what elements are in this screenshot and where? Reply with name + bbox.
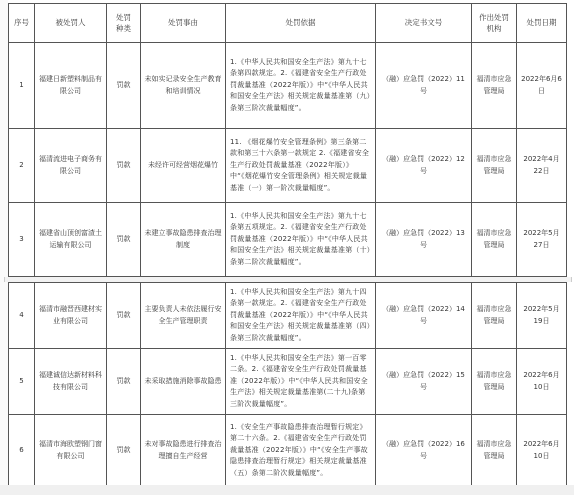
cell-basis: 1.《中华人民共和国安全生产法》第九十七条第五项规定。2.《福建省安全生产行政处… [226,203,376,277]
page-bottom-margin [0,485,574,495]
cell-reason: 未建立事故隐患排查治理制度 [141,203,226,277]
table-row: 2 福清流进电子商务有限公司 罚款 未经许可经营烟花爆竹 11. 《烟花爆竹安全… [9,129,567,203]
cell-party: 福清流进电子商务有限公司 [35,129,107,203]
header-reason: 处罚事由 [141,4,226,43]
cell-party: 福建省山顶创富渣土运输有限公司 [35,203,107,277]
cell-reason: 未如实记录安全生产教育和培训情况 [141,43,226,129]
cell-date: 2022年5月27日 [517,203,567,277]
cell-basis: 1.《中华人民共和国安全生产法》第九十七条第四款规定。2.《福建省安全生产行政处… [226,43,376,129]
cell-type: 罚款 [107,129,141,203]
penalty-table-top: 序号 被处罚人 处罚种类 处罚事由 处罚依据 决定书文号 作出处罚机构 处罚日期… [8,3,567,277]
header-date: 处罚日期 [517,4,567,43]
cell-decision-no: （融）应急罚（2022）14号 [376,283,472,349]
table-row: 5 福建诚信达新材料科技有限公司 罚款 未采取措施消除事故隐患 1.《中华人民共… [9,349,567,415]
cell-type: 罚款 [107,43,141,129]
cell-basis: 1.《安全生产事故隐患排查治理暂行规定》第二十六条。2.《福建省安全生产行政处罚… [226,415,376,487]
table-row: 1 福建日新塑料制品有限公司 罚款 未如实记录安全生产教育和培训情况 1.《中华… [9,43,567,129]
header-basis: 处罚依据 [226,4,376,43]
cell-decision-no: （融）应急罚（2022）13号 [376,203,472,277]
cell-authority: 福清市应急管理局 [472,129,517,203]
cell-basis: 1.《中华人民共和国安全生产法》第一百零二条。2.《福建省安全生产行政处罚裁量基… [226,349,376,415]
cell-decision-no: （融）应急罚（2022）15号 [376,349,472,415]
cell-authority: 福清市应急管理局 [472,415,517,487]
cell-type: 罚款 [107,415,141,487]
cell-date: 2022年6月6日 [517,43,567,129]
header-type: 处罚种类 [107,4,141,43]
header-authority-label: 作出处罚机构 [478,12,510,35]
cell-decision-no: （融）应急罚（2022）12号 [376,129,472,203]
cell-authority: 福清市应急管理局 [472,283,517,349]
header-decision-no: 决定书文号 [376,4,472,43]
cell-decision-no: （融）应急罚（2022）11号 [376,43,472,129]
cell-no: 1 [9,43,35,129]
cell-type: 罚款 [107,203,141,277]
penalty-table-page: 序号 被处罚人 处罚种类 处罚事由 处罚依据 决定书文号 作出处罚机构 处罚日期… [8,3,566,487]
cell-reason: 主要负责人未依法履行安全生产管理职责 [141,283,226,349]
penalty-table-bottom: 4 福清市融晋西建材实业有限公司 罚款 主要负责人未依法履行安全生产管理职责 1… [8,282,567,487]
table-header-row: 序号 被处罚人 处罚种类 处罚事由 处罚依据 决定书文号 作出处罚机构 处罚日期 [9,4,567,43]
cell-no: 6 [9,415,35,487]
cell-reason: 未采取措施消除事故隐患 [141,349,226,415]
cell-type: 罚款 [107,283,141,349]
cell-reason: 未经许可经营烟花爆竹 [141,129,226,203]
header-authority: 作出处罚机构 [472,4,517,43]
cell-no: 4 [9,283,35,349]
cell-no: 2 [9,129,35,203]
table-row: 3 福建省山顶创富渣土运输有限公司 罚款 未建立事故隐患排查治理制度 1.《中华… [9,203,567,277]
cell-party: 福清市融晋西建材实业有限公司 [35,283,107,349]
page-margin [0,0,8,495]
cell-decision-no: （融）应急罚（2022）16号 [376,415,472,487]
cell-authority: 福清市应急管理局 [472,203,517,277]
cell-type: 罚款 [107,349,141,415]
cell-authority: 福清市应急管理局 [472,349,517,415]
table-row: 4 福清市融晋西建材实业有限公司 罚款 主要负责人未依法履行安全生产管理职责 1… [9,283,567,349]
cell-basis: 1.《中华人民共和国安全生产法》第九十四条第一款规定。2.《福建省安全生产行政处… [226,283,376,349]
cell-date: 2022年6月10日 [517,415,567,487]
header-party: 被处罚人 [35,4,107,43]
cell-date: 2022年5月19日 [517,283,567,349]
cell-no: 3 [9,203,35,277]
cell-party: 福建日新塑料制品有限公司 [35,43,107,129]
header-no: 序号 [9,4,35,43]
cell-authority: 福清市应急管理局 [472,43,517,129]
cell-date: 2022年4月22日 [517,129,567,203]
cell-date: 2022年6月10日 [517,349,567,415]
header-type-label: 处罚种类 [116,12,132,35]
cell-party: 福清市海欧塑钢门窗有限公司 [35,415,107,487]
cell-basis: 11. 《烟花爆竹安全管理条例》第三条第二款和第三十六条第一款规定 2.《福建省… [226,129,376,203]
cell-no: 5 [9,349,35,415]
cell-party: 福建诚信达新材料科技有限公司 [35,349,107,415]
cell-reason: 未对事故隐患进行排查治理擅自生产经营 [141,415,226,487]
table-row: 6 福清市海欧塑钢门窗有限公司 罚款 未对事故隐患进行排查治理擅自生产经营 1.… [9,415,567,487]
